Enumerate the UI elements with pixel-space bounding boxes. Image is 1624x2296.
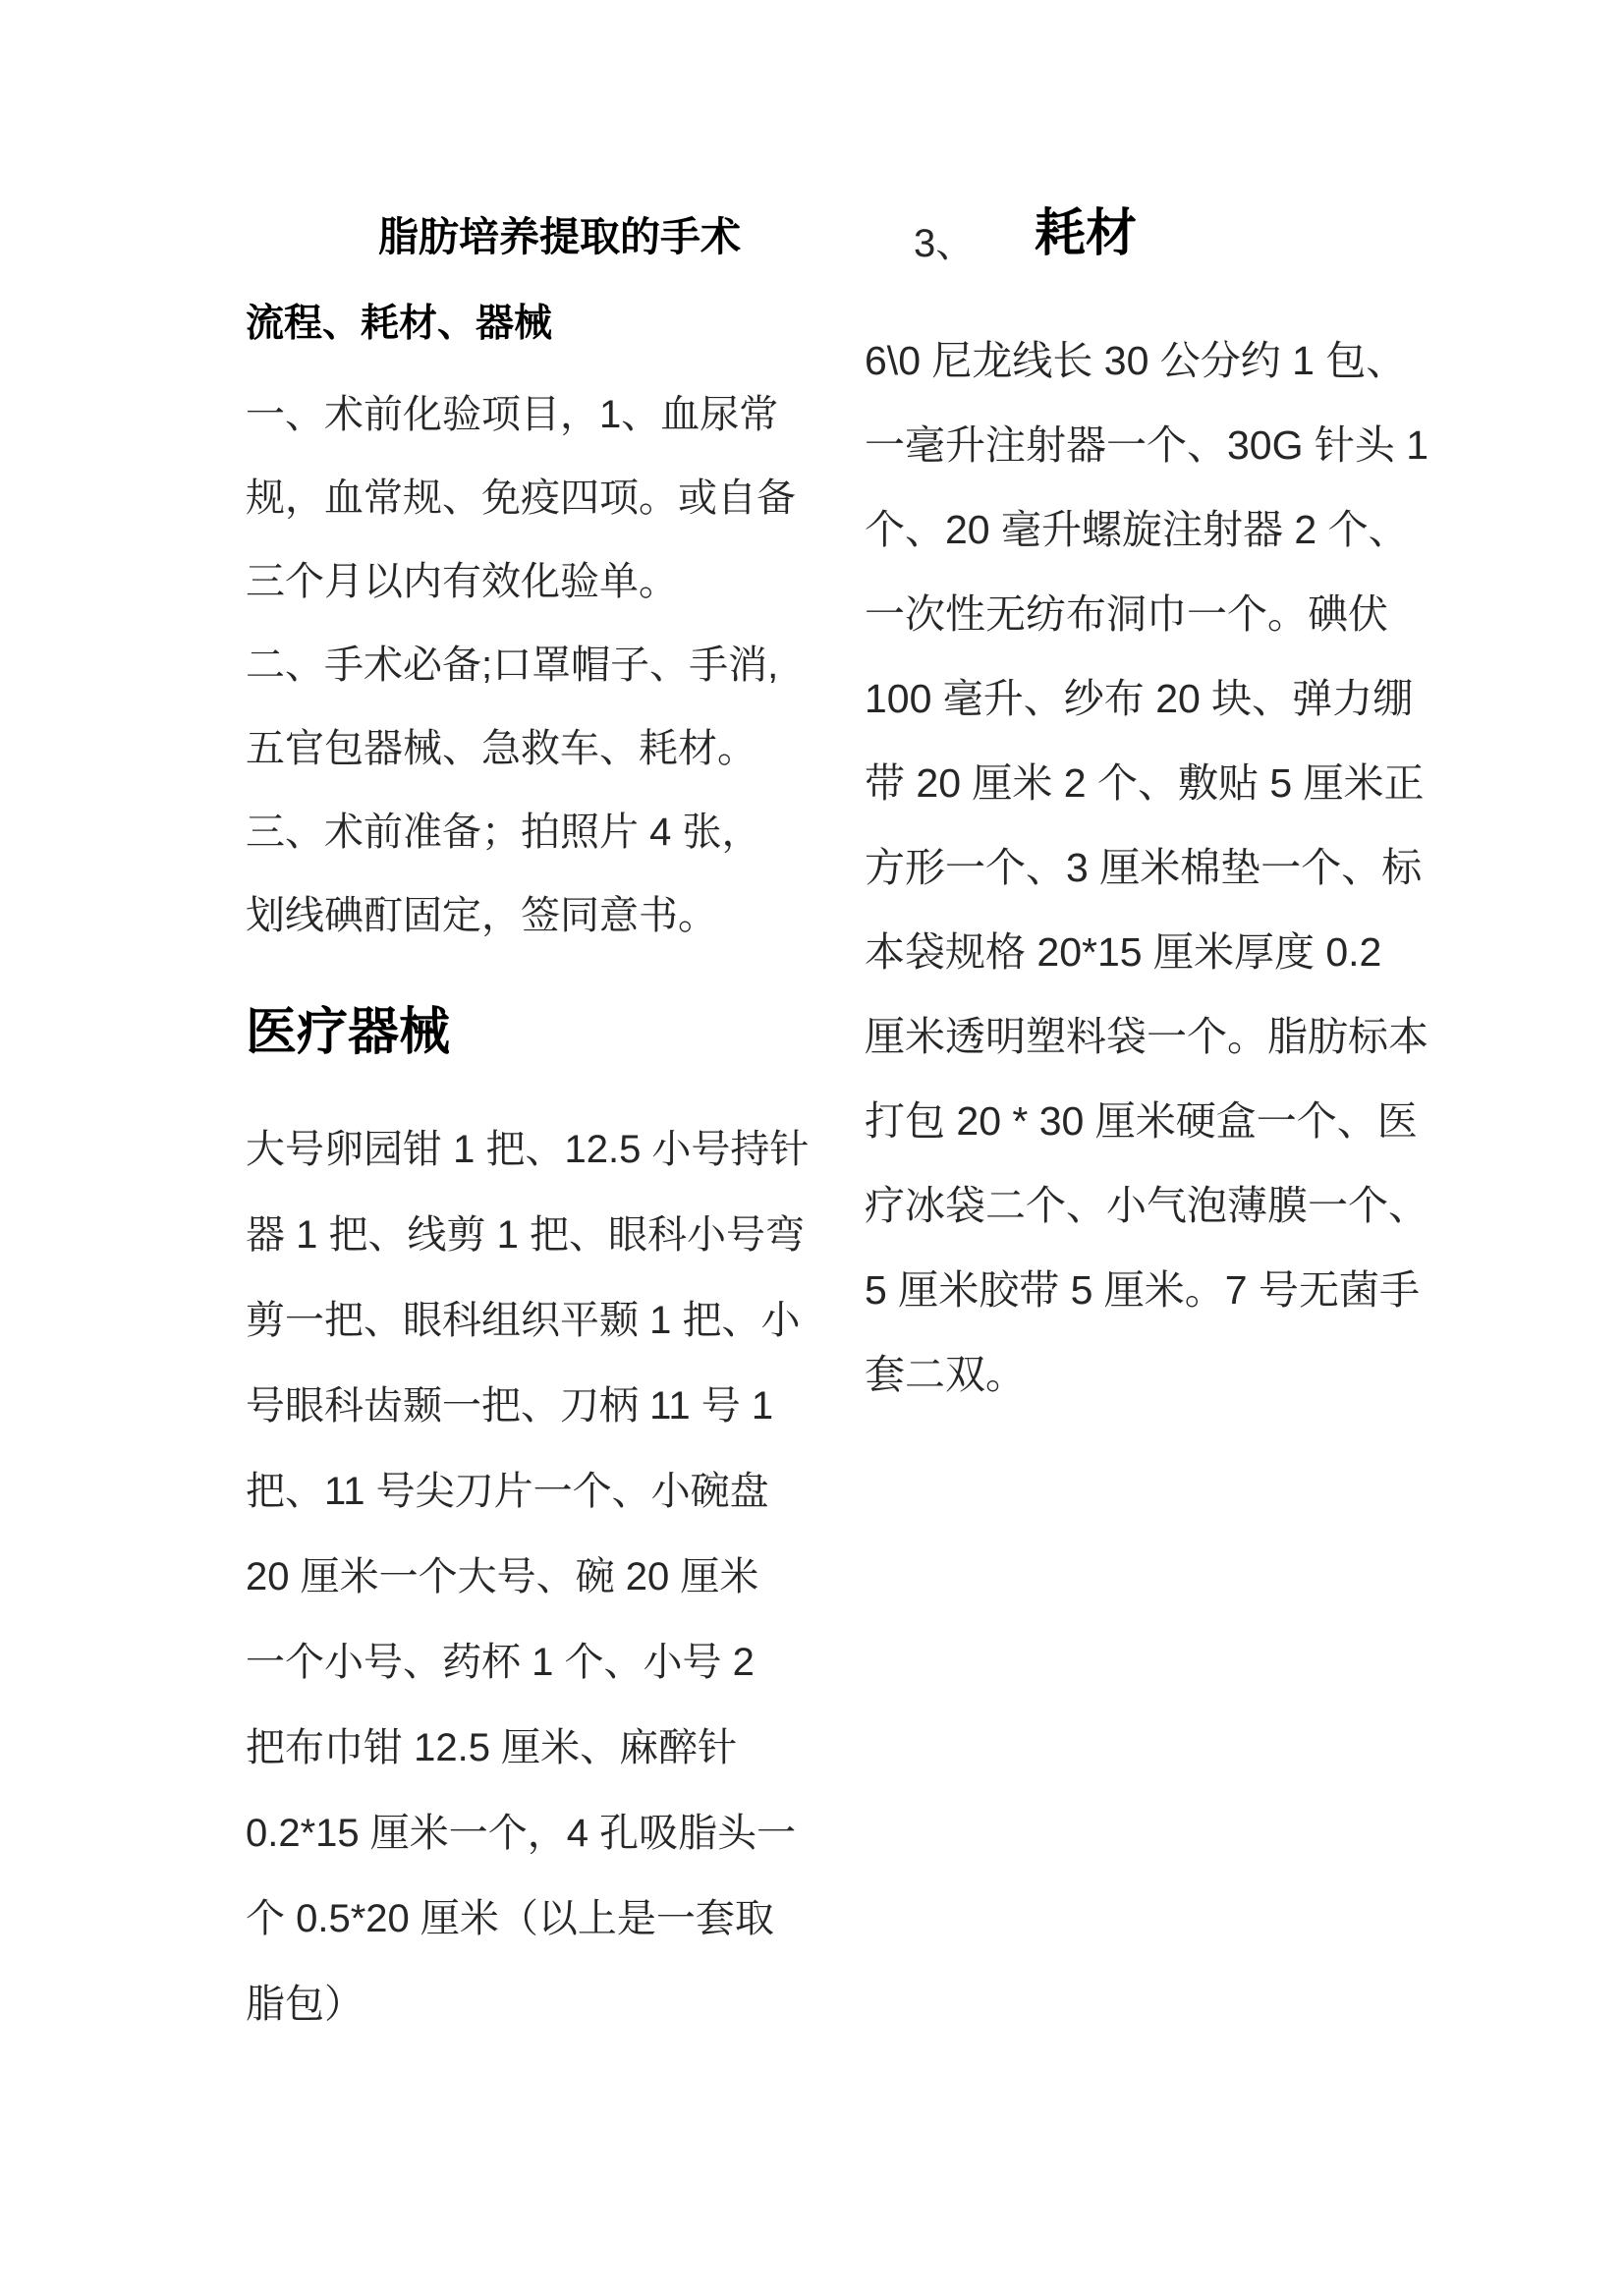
paragraph-line: 疗冰袋二个、小气泡薄膜一个、 bbox=[865, 1163, 1533, 1248]
paragraph-line: 一个小号、药杯 1 个、小号 2 bbox=[246, 1620, 835, 1706]
paragraph-line: 20 厘米一个大号、碗 20 厘米 bbox=[246, 1535, 835, 1620]
paragraph-line: 100 毫升、纱布 20 块、弹力绷 bbox=[865, 656, 1533, 741]
paragraph-line: 方形一个、3 厘米棉垫一个、标 bbox=[865, 825, 1533, 910]
paragraph-line: 划线碘酊固定，签同意书。 bbox=[246, 874, 835, 958]
medical-instruments-paragraph: 大号卵园钳 1 把、12.5 小号持针 器 1 把、线剪 1 把、眼科小号弯 剪… bbox=[246, 1107, 835, 2047]
paragraph-line: 把布巾钳 12.5 厘米、麻醉针 bbox=[246, 1706, 835, 1791]
document-subtitle: 流程、耗材、器械 bbox=[246, 282, 552, 365]
paragraph-line: 个 0.5*20 厘米（以上是一套取 bbox=[246, 1876, 835, 1962]
paragraph-line: 三个月以内有效化验单。 bbox=[246, 540, 835, 624]
paragraph-line: 一次性无纺布洞巾一个。碘伏 bbox=[865, 572, 1533, 656]
paragraph-line: 剪一把、眼科组织平颞 1 把、小 bbox=[246, 1278, 835, 1364]
paragraph-line: 一毫升注射器一个、30G 针头 1 bbox=[865, 403, 1533, 487]
consumables-paragraph: 6\0 尼龙线长 30 公分约 1 包、 一毫升注射器一个、30G 针头 1 个… bbox=[865, 318, 1533, 1417]
paragraph-line: 五官包器械、急救车、耗材。 bbox=[246, 707, 835, 791]
paragraph-line: 打包 20 * 30 厘米硬盒一个、医 bbox=[865, 1079, 1533, 1163]
paragraph-line: 三、术前准备；拍照片 4 张， bbox=[246, 791, 835, 874]
paragraph-line: 脂包） bbox=[246, 1962, 835, 2047]
paragraph-line: 6\0 尼龙线长 30 公分约 1 包、 bbox=[865, 318, 1533, 403]
paragraph-line: 一、术前化验项目，1、血尿常 bbox=[246, 373, 835, 457]
consumables-heading: 耗材 bbox=[1035, 193, 1137, 276]
paragraph-line: 0.2*15 厘米一个，4 孔吸脂头一 bbox=[246, 1791, 835, 1876]
paragraph-line: 器 1 把、线剪 1 把、眼科小号弯 bbox=[246, 1193, 835, 1278]
preop-procedure-paragraph: 一、术前化验项目，1、血尿常 规，血常规、免疫四项。或自备 三个月以内有效化验单… bbox=[246, 373, 835, 958]
paragraph-line: 带 20 厘米 2 个、敷贴 5 厘米正 bbox=[865, 741, 1533, 825]
document-page: { "colors": { "background": "#ffffff", "… bbox=[0, 0, 1624, 2296]
paragraph-line: 规，血常规、免疫四项。或自备 bbox=[246, 457, 835, 540]
medical-instruments-heading: 医疗器械 bbox=[246, 998, 450, 1067]
paragraph-line: 5 厘米胶带 5 厘米。7 号无菌手 bbox=[865, 1248, 1533, 1332]
paragraph-line: 号眼科齿颞一把、刀柄 11 号 1 bbox=[246, 1364, 835, 1449]
paragraph-line: 套二双。 bbox=[865, 1332, 1533, 1417]
paragraph-line: 把、11 号尖刀片一个、小碗盘 bbox=[246, 1449, 835, 1535]
paragraph-line: 本袋规格 20*15 厘米厚度 0.2 bbox=[865, 910, 1533, 994]
paragraph-line: 厘米透明塑料袋一个。脂肪标本 bbox=[865, 994, 1533, 1079]
paragraph-line: 大号卵园钳 1 把、12.5 小号持针 bbox=[246, 1107, 835, 1193]
consumables-list-number: 3、 bbox=[914, 202, 975, 286]
paragraph-line: 个、20 毫升螺旋注射器 2 个、 bbox=[865, 487, 1533, 572]
document-title: 脂肪培养提取的手术 bbox=[246, 196, 741, 279]
paragraph-line: 二、手术必备;口罩帽子、手消, bbox=[246, 624, 835, 707]
